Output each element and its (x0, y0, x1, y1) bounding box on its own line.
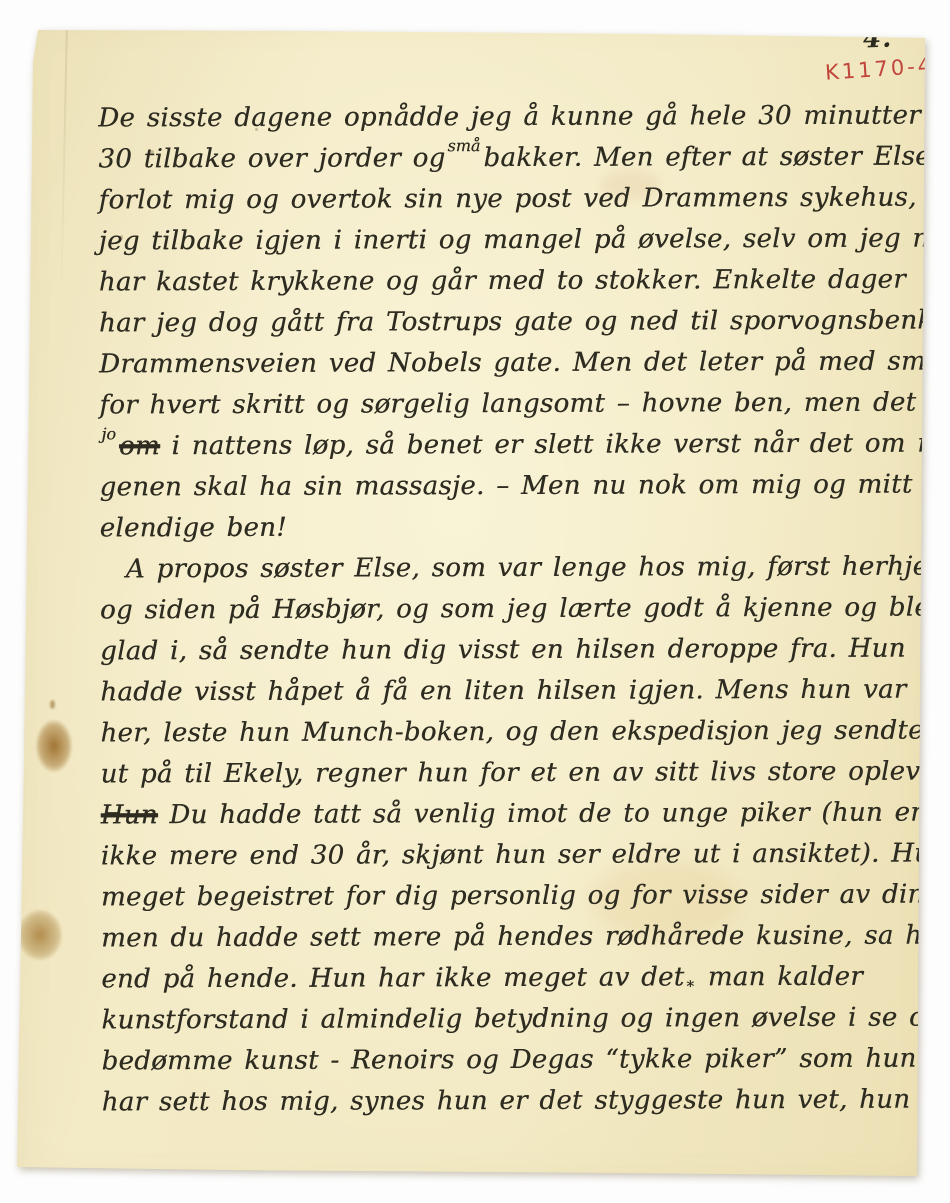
text-segment: her, leste hun Munch-boken, og den ekspe… (100, 715, 950, 748)
ink-stain-lower (18, 910, 62, 960)
letter-line: kunstforstand i almindelig betydning og … (101, 998, 913, 1042)
text-segment: men du hadde sett mere på hendes rødhåre… (101, 920, 950, 953)
letter-line: jeg tilbake igjen i inerti og mangel på … (99, 219, 911, 263)
letter-line: bedømme kunst - Renoirs og Degas “tykke … (102, 1039, 914, 1083)
letter-line: end på hende. Hun har ikke meget av det*… (101, 957, 913, 1001)
letter-line: her, leste hun Munch-boken, og den ekspe… (100, 711, 912, 755)
letter-page: 4. K1170-4 De sisste dagene opnådde jeg … (0, 0, 950, 1203)
text-segment: glad i, så sendte hun dig visst en hilse… (100, 634, 906, 667)
letter-line: 30 tilbake over jorder ogsmåbakker. Men … (98, 137, 910, 181)
letter-line: forlot mig og overtok sin nye post ved D… (98, 178, 910, 222)
letter-paragraph: De sisste dagene opnådde jeg å kunne gå … (98, 96, 912, 550)
text-segment: for hvert skritt og sørgelig langsomt – … (99, 387, 950, 420)
letter-line: og siden på Høsbjør, og som jeg lærte go… (100, 588, 912, 632)
text-segment: hadde visst håpet å få en liten hilsen i… (100, 675, 906, 708)
text-segment: end på hende. Hun har ikke meget av det (101, 962, 684, 994)
letter-paragraph: A propos søster Else, som var lenge hos … (100, 547, 914, 1124)
letter-line: elendige ben! (100, 506, 912, 550)
text-segment: kunstforstand i almindelig betydning og … (101, 1002, 942, 1035)
text-segment: forlot mig og overtok sin nye post ved D… (99, 182, 950, 215)
letter-line: joom i nattens løp, så benet er slett ik… (99, 424, 911, 468)
letter-line: Hun Du hadde tatt så venlig imot de to u… (101, 793, 913, 837)
text-segment: A propos søster Else, som var lenge hos … (126, 551, 950, 584)
text-segment: har kastet krykkene og går med to stokke… (99, 265, 906, 298)
text-segment: og siden på Høsbjør, og som jeg lærte go… (100, 592, 950, 625)
letter-line: har sett hos mig, synes hun er det stygg… (102, 1080, 914, 1124)
inserted-word: små (447, 138, 480, 154)
text-segment: bedømme kunst - Renoirs og Degas “tykke … (102, 1044, 917, 1077)
text-segment: ikke mere end 30 år, skjønt hun ser eldr… (101, 838, 950, 871)
letter-line: har jeg dog gått fra Tostrups gate og ne… (99, 301, 911, 345)
paper-crease (60, 30, 68, 300)
text-segment: De sisste dagene opnådde jeg å kunne gå … (98, 100, 950, 133)
page-number: 4. (862, 24, 892, 55)
text-segment: man kalder (696, 962, 863, 993)
letter-line: hadde visst håpet å få en liten hilsen i… (100, 670, 912, 714)
paper-shadow-wrap: 4. K1170-4 De sisste dagene opnådde jeg … (0, 0, 950, 1203)
letter-line: har kastet krykkene og går med to stokke… (99, 260, 911, 304)
letter-line: A propos søster Else, som var lenge hos … (100, 547, 912, 591)
letter-body: De sisste dagene opnådde jeg å kunne gå … (98, 96, 914, 1124)
text-segment: ut på til Ekely, regner hun for et en av… (101, 756, 950, 789)
letter-line: glad i, så sendte hun dig visst en hilse… (100, 629, 912, 673)
insertion-mark: * (686, 966, 694, 1007)
text-segment: har sett hos mig, synes hun er det stygg… (102, 1084, 950, 1117)
letter-line: ut på til Ekely, regner hun for et en av… (101, 752, 913, 796)
text-segment: Du hadde tatt så venlig imot de to unge … (158, 798, 923, 831)
text-segment: bakker. Men efter at søster Else (483, 142, 931, 174)
text-segment: i nattens løp, så benet er slett ikke ve… (160, 428, 950, 461)
text-segment: meget begeistret for dig personlig og fo… (101, 879, 950, 912)
inserted-word: jo (101, 426, 116, 442)
ink-stain-dot (50, 700, 55, 709)
ink-stain-upper (36, 720, 72, 772)
struck-out-word: Hun (101, 800, 158, 830)
text-segment: jeg tilbake igjen i inerti og mangel på … (99, 223, 947, 256)
text-segment: har jeg dog gått fra Tostrups gate og ne… (99, 305, 950, 338)
letter-line: ikke mere end 30 år, skjønt hun ser eldr… (101, 834, 913, 878)
letter-line: for hvert skritt og sørgelig langsomt – … (99, 383, 911, 427)
scan-background: 4. K1170-4 De sisste dagene opnådde jeg … (0, 0, 950, 1203)
text-segment: 30 tilbake over jorder og (98, 143, 445, 174)
letter-line: meget begeistret for dig personlig og fo… (101, 875, 913, 919)
letter-line: men du hadde sett mere på hendes rødhåre… (101, 916, 913, 960)
text-segment: Drammensveien ved Nobels gate. Men det l… (99, 346, 950, 379)
letter-line: genen skal ha sin massasje. – Men nu nok… (100, 465, 912, 509)
archive-code-stamp: K1170-4 (824, 53, 935, 85)
letter-line: De sisste dagene opnådde jeg å kunne gå … (98, 96, 910, 140)
letter-line: Drammensveien ved Nobels gate. Men det l… (99, 342, 911, 386)
text-segment: elendige ben! (100, 513, 287, 544)
text-segment: genen skal ha sin massasje. – Men nu nok… (100, 470, 913, 503)
struck-out-word: om (119, 431, 160, 461)
